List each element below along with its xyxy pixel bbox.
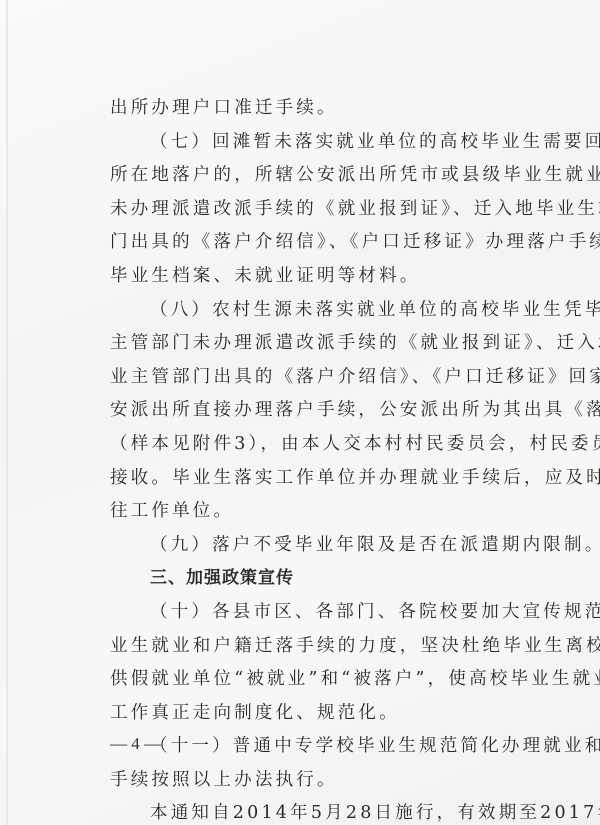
text-line: 所在地落户的，所辖公安派出所凭市或县级毕业生就业主管部门 [110,159,556,193]
text-line: 接收。毕业生落实工作单位并办理就业手续后，应及时将户口迁 [110,462,556,496]
text-line: （样本见附件3），由本人交本村村民委员会，村民委员会不得拒绝 [110,428,556,462]
effective-date-line: 本通知自2014年5月28日施行，有效期至2017年5月27日。 [110,797,556,825]
text-line: 业生就业和户籍迁落手续的力度，坚决杜绝毕业生离校前利用提 [110,630,556,664]
text-line: 毕业生档案、未就业证明等材料。 [110,260,556,294]
text-line: 工作真正走向制度化、规范化。 [110,697,556,731]
text-line: 往工作单位。 [110,495,556,529]
paragraph-10-start: （十）各县市区、各部门、各院校要加大宣传规范简化高校毕 [110,596,556,630]
text-line: 供假就业单位“被就业”和“被落户”，使高校毕业生就业创业服务 [110,663,556,697]
text-line: 安派出所直接办理落户手续，公安派出所为其出具《落户证明书》 [110,394,556,428]
section-heading: 三、加强政策宣传 [110,562,556,596]
text-line: 业主管部门出具的《落户介绍信》、《户口迁移证》回家庭所在地公 [110,361,556,395]
paragraph-11-start: （十一）普通中专学校毕业生规范简化办理就业和户籍迁落 [110,730,556,764]
text-line: 出所办理户口准迁手续。 [110,92,556,126]
page-number: — 4 — [110,734,161,754]
text-line: 未办理派遣改派手续的《就业报到证》、迁入地毕业生就业主管部 [110,193,556,227]
document-page: 出所办理户口准迁手续。 （七）回滩暂未落实就业单位的高校毕业生需要回家庭户口 所… [0,0,600,825]
paragraph-7-start: （七）回滩暂未落实就业单位的高校毕业生需要回家庭户口 [110,126,556,160]
paragraph-8-start: （八）农村生源未落实就业单位的高校毕业生凭毕业生就业 [110,294,556,328]
paragraph-9: （九）落户不受毕业年限及是否在派遣期内限制。 [110,529,556,563]
document-body: 出所办理户口准迁手续。 （七）回滩暂未落实就业单位的高校毕业生需要回家庭户口 所… [110,92,556,825]
paper-edge [6,0,8,825]
text-line: 手续按照以上办法执行。 [110,764,556,798]
text-line: 门出具的《落户介绍信》、《户口迁移证》办理落户手续，不需提供 [110,226,556,260]
text-line: 主管部门未办理派遣改派手续的《就业报到证》、迁入地毕业生就 [110,327,556,361]
